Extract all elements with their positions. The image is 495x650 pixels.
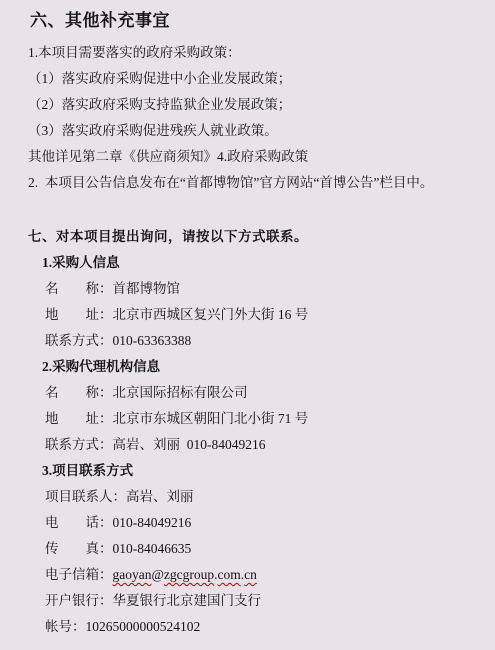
email-address: gaoyan@zgcgroup.com.cn [113, 567, 257, 582]
field-label: 帐号： [45, 619, 86, 634]
account-row: 帐号：10265000000524102 [45, 614, 491, 640]
field-value: 高岩、刘丽 [126, 489, 194, 504]
policy-item-2: （2）落实政府采购支持监狱企业发展政策； [28, 92, 491, 118]
purchaser-info-title: 1.采购人信息 [42, 250, 491, 276]
email-part: cn [244, 567, 257, 582]
field-label: 联系方式： [45, 333, 113, 348]
field-label: 地 址： [45, 307, 113, 322]
field-value: 华夏银行北京建国门支行 [113, 593, 262, 608]
announcement-publish-line: 2. 本项目公告信息发布在“首都博物馆”官方网站“首博公告”栏目中。 [28, 170, 491, 196]
email-part: zgcgroup [164, 567, 214, 582]
field-label: 电 话： [45, 515, 113, 530]
purchaser-name-row: 名 称：首都博物馆 [45, 276, 491, 302]
agency-contact-row: 联系方式：高岩、刘丽 010-84049216 [45, 432, 491, 458]
project-phone-row: 电 话：010-84049216 [45, 510, 491, 536]
policy-item-1: （1）落实政府采购促进中小企业发展政策； [28, 66, 491, 92]
field-label: 开户银行： [45, 593, 113, 608]
project-contact-title: 3.项目联系方式 [42, 458, 491, 484]
field-value: 北京市东城区朝阳门北小街 71 号 [113, 411, 309, 426]
field-label: 电子信箱： [45, 567, 113, 582]
field-value: 010-63363388 [113, 333, 192, 348]
document-page: 六、其他补充事宜 1.本项目需要落实的政府采购政策： （1）落实政府采购促进中小… [0, 0, 495, 640]
field-value: 010-84049216 [113, 515, 192, 530]
purchaser-contact-row: 联系方式：010-63363388 [45, 328, 491, 354]
agency-info-title: 2.采购代理机构信息 [42, 354, 491, 380]
field-label: 名 称： [45, 281, 113, 296]
field-value: 北京市西城区复兴门外大街 16 号 [113, 307, 309, 322]
field-value: 首都博物馆 [113, 281, 181, 296]
project-email-row: 电子信箱：gaoyan@zgcgroup.com.cn [45, 562, 491, 588]
field-label: 地 址： [45, 411, 113, 426]
project-fax-row: 传 真：010-84046635 [45, 536, 491, 562]
policy-reference-line: 其他详见第二章《供应商须知》4.政府采购政策 [28, 144, 491, 170]
agency-address-row: 地 址：北京市东城区朝阳门北小街 71 号 [45, 406, 491, 432]
field-value: 10265000000524102 [86, 619, 201, 634]
section6-heading: 六、其他补充事宜 [30, 8, 491, 34]
field-value: 北京国际招标有限公司 [113, 385, 248, 400]
field-label: 联系方式： [45, 437, 113, 452]
section7-heading: 七、对本项目提出询问，请按以下方式联系。 [28, 224, 491, 250]
field-label: 项目联系人： [45, 489, 126, 504]
policy-item-3: （3）落实政府采购促进残疾人就业政策。 [28, 118, 491, 144]
email-part: gaoyan [113, 567, 152, 582]
field-label: 名 称： [45, 385, 113, 400]
field-value: 010-84046635 [113, 541, 192, 556]
agency-name-row: 名 称：北京国际招标有限公司 [45, 380, 491, 406]
bank-row: 开户银行：华夏银行北京建国门支行 [45, 588, 491, 614]
email-part: com [218, 567, 241, 582]
email-part: @ [151, 567, 163, 582]
purchaser-address-row: 地 址：北京市西城区复兴门外大街 16 号 [45, 302, 491, 328]
project-contact-person-row: 项目联系人：高岩、刘丽 [45, 484, 491, 510]
field-value: 高岩、刘丽 010-84049216 [113, 437, 266, 452]
policy-intro-line: 1.本项目需要落实的政府采购政策： [28, 40, 491, 66]
field-label: 传 真： [45, 541, 113, 556]
